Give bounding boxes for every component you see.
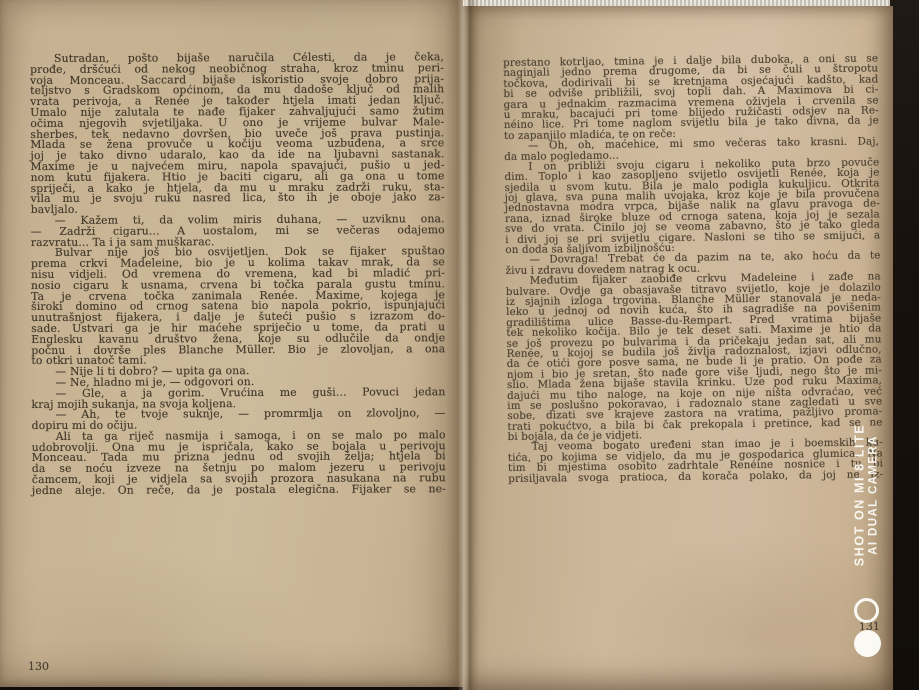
right-page-text: prestano kotrljao, tmina je i dalje bila… — [503, 52, 883, 483]
text-line: — Zadrži cigaru... A uostalom, mi se več… — [31, 223, 445, 236]
right-page-number: 131 — [859, 620, 880, 633]
left-page-number: 130 — [28, 660, 49, 673]
book-gutter — [446, 0, 480, 690]
text-line: počnu i dovrše ples Blanche Müller. Bio … — [31, 342, 445, 355]
left-page: Sutradan, pošto bijaše naručila Célesti,… — [0, 0, 463, 687]
text-line: jedne aleje. On reče, da je postala eleg… — [32, 482, 446, 495]
text-line: — Gle, a ja gorim. Vrućina me guši... Po… — [31, 385, 445, 398]
left-page-text: Sutradan, pošto bijaše naručila Célesti,… — [30, 50, 446, 494]
text-line: vila mu je svoju ruku nasred lica, što i… — [31, 191, 445, 204]
book-photo: Sutradan, pošto bijaše naručila Célesti,… — [0, 0, 919, 690]
right-page: prestano kotrljao, tmina je i dalje bila… — [463, 6, 893, 690]
text-line: — Ah, te tvoje suknje, — promrmlja on zl… — [32, 406, 446, 419]
